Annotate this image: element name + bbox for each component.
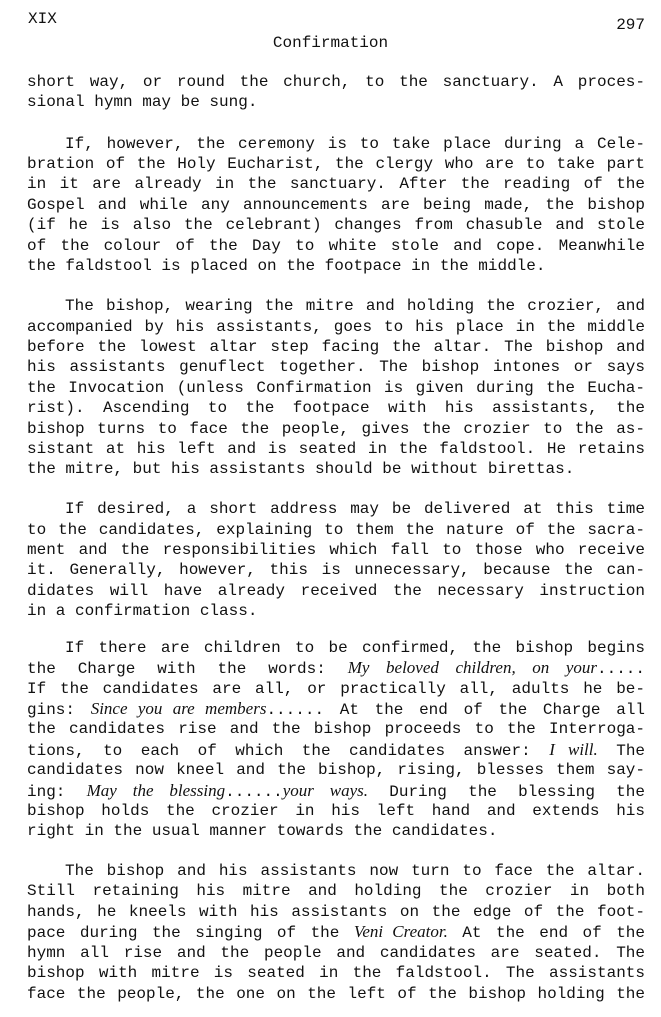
text-segment: sional hymn may be sung.: [27, 93, 257, 111]
page-title: Confirmation: [0, 34, 661, 52]
text-line: sistant at his left and is seated in the…: [27, 439, 645, 459]
text-segment: before the lowest altar step facing the …: [27, 338, 645, 356]
text-line: hands, he kneels with his assistants on …: [27, 902, 645, 922]
text-segment: If there are children to be confirmed, t…: [65, 639, 645, 657]
text-line: face the people, the one on the left of …: [27, 984, 645, 1004]
text-segment: During the blessing the: [368, 783, 645, 801]
text-segment: The bishop and his assistants now turn t…: [65, 862, 645, 880]
italic-quote: your ways.: [283, 781, 368, 800]
text-line: bishop holds the crozier in his left han…: [27, 801, 645, 821]
text-line: The bishop, wearing the mitre and holdin…: [27, 296, 645, 316]
text-segment: (if he is also the celebrant) changes fr…: [27, 216, 645, 234]
text-line: accompanied by his assistants, goes to h…: [27, 317, 645, 337]
text-line: (if he is also the celebrant) changes fr…: [27, 215, 645, 235]
italic-quote: I will.: [549, 740, 598, 759]
text-line: it. Generally, however, this is unnecess…: [27, 560, 645, 580]
text-segment: the Charge with the words:: [27, 660, 348, 678]
text-line: the candidates rise and the bishop proce…: [27, 719, 645, 739]
text-line: Gospel and while any announcements are b…: [27, 195, 645, 215]
text-line: didates will have already received the n…: [27, 581, 645, 601]
text-line: bishop with mitre is seated in the falds…: [27, 963, 645, 983]
text-segment: the Invocation (unless Confirmation is g…: [27, 379, 645, 397]
text-segment: hands, he kneels with his assistants on …: [27, 903, 645, 921]
page-number: 297: [616, 16, 645, 34]
text-line: in it are already in the sanctuary. Afte…: [27, 174, 645, 194]
text-segment: hymn all rise and the people and candida…: [27, 944, 645, 962]
text-line: The bishop and his assistants now turn t…: [27, 861, 645, 881]
text-line: If, however, the ceremony is to take pla…: [27, 134, 645, 154]
text-line: If desired, a short address may be deliv…: [27, 499, 645, 519]
text-segment: short way, or round the church, to the s…: [27, 73, 645, 91]
text-segment: face the people, the one on the left of …: [27, 985, 645, 1003]
text-segment: the candidates rise and the bishop proce…: [27, 720, 645, 738]
text-line: in a confirmation class.: [27, 601, 645, 621]
text-segment: pace during the singing of the: [27, 924, 354, 942]
text-segment: bishop holds the crozier in his left han…: [27, 802, 645, 820]
text-segment: If, however, the ceremony is to take pla…: [65, 135, 645, 153]
italic-quote: Since you are members: [91, 699, 267, 718]
text-line: to the candidates, explaining to them th…: [27, 520, 645, 540]
text-segment: to the candidates, explaining to them th…: [27, 521, 645, 539]
text-line: his assistants genuflect together. The b…: [27, 357, 645, 377]
text-segment: the mitre, but his assistants should be …: [27, 460, 574, 478]
text-line: bishop turns to face the people, gives t…: [27, 419, 645, 439]
text-line: hymn all rise and the people and candida…: [27, 943, 645, 963]
text-segment: it. Generally, however, this is unnecess…: [27, 561, 645, 579]
text-segment: bration of the Holy Eucharist, the clerg…: [27, 155, 645, 173]
text-segment: in it are already in the sanctuary. Afte…: [27, 175, 645, 193]
text-line: gins: Since you are members...... At the…: [27, 699, 645, 719]
text-segment: tions, to each of which the candidates a…: [27, 742, 549, 760]
text-segment: The: [598, 742, 645, 760]
text-line: If there are children to be confirmed, t…: [27, 638, 645, 658]
text-line: right in the usual manner towards the ca…: [27, 821, 645, 841]
text-segment: If the candidates are all, or practicall…: [27, 680, 645, 698]
italic-quote: Veni Creator.: [354, 922, 448, 941]
text-segment: right in the usual manner towards the ca…: [27, 822, 497, 840]
text-segment: ......: [225, 783, 283, 801]
text-segment: The bishop, wearing the mitre and holdin…: [65, 297, 645, 315]
text-segment: .....: [597, 660, 645, 678]
text-line: ing: May the blessing......your ways. Du…: [27, 781, 645, 801]
text-segment: bishop with mitre is seated in the falds…: [27, 964, 645, 982]
text-line: rist). Ascending to the footpace with hi…: [27, 398, 645, 418]
text-line: bration of the Holy Eucharist, the clerg…: [27, 154, 645, 174]
text-segment: sistant at his left and is seated in the…: [27, 440, 645, 458]
text-line: candidates now kneel and the bishop, ris…: [27, 760, 645, 780]
text-line: the Invocation (unless Confirmation is g…: [27, 378, 645, 398]
text-segment: At the end of the: [448, 924, 645, 942]
text-segment: didates will have already received the n…: [27, 582, 645, 600]
text-line: tions, to each of which the candidates a…: [27, 740, 645, 760]
text-line: Still retaining his mitre and holding th…: [27, 881, 645, 901]
text-segment: gins:: [27, 701, 91, 719]
text-line: sional hymn may be sung.: [27, 92, 645, 112]
text-segment: ing:: [27, 783, 87, 801]
chapter-number: XIX: [28, 10, 57, 28]
text-segment: candidates now kneel and the bishop, ris…: [27, 761, 645, 779]
text-segment: If desired, a short address may be deliv…: [65, 500, 645, 518]
text-segment: of the colour of the Day to white stole …: [27, 237, 645, 255]
text-line: short way, or round the church, to the s…: [27, 72, 645, 92]
text-segment: accompanied by his assistants, goes to h…: [27, 318, 645, 336]
text-line: before the lowest altar step facing the …: [27, 337, 645, 357]
italic-quote: My beloved children, on your: [348, 658, 597, 677]
italic-quote: May the blessing: [87, 781, 225, 800]
document-page: XIX 297 Confirmation short way, or round…: [0, 0, 661, 1017]
text-segment: ...... At the end of the Charge all: [266, 701, 645, 719]
text-segment: in a confirmation class.: [27, 602, 257, 620]
text-line: the Charge with the words: My beloved ch…: [27, 658, 645, 678]
text-line: If the candidates are all, or practicall…: [27, 679, 645, 699]
text-segment: ment and the responsibilities which fall…: [27, 541, 645, 559]
text-segment: Still retaining his mitre and holding th…: [27, 882, 645, 900]
text-segment: his assistants genuflect together. The b…: [27, 358, 645, 376]
text-segment: Gospel and while any announcements are b…: [27, 196, 645, 214]
text-line: of the colour of the Day to white stole …: [27, 236, 645, 256]
text-segment: bishop turns to face the people, gives t…: [27, 420, 645, 438]
text-line: ment and the responsibilities which fall…: [27, 540, 645, 560]
text-line: the faldstool is placed on the footpace …: [27, 256, 645, 276]
text-segment: rist). Ascending to the footpace with hi…: [27, 399, 645, 417]
text-segment: the faldstool is placed on the footpace …: [27, 257, 545, 275]
text-line: pace during the singing of the Veni Crea…: [27, 922, 645, 942]
text-line: the mitre, but his assistants should be …: [27, 459, 645, 479]
